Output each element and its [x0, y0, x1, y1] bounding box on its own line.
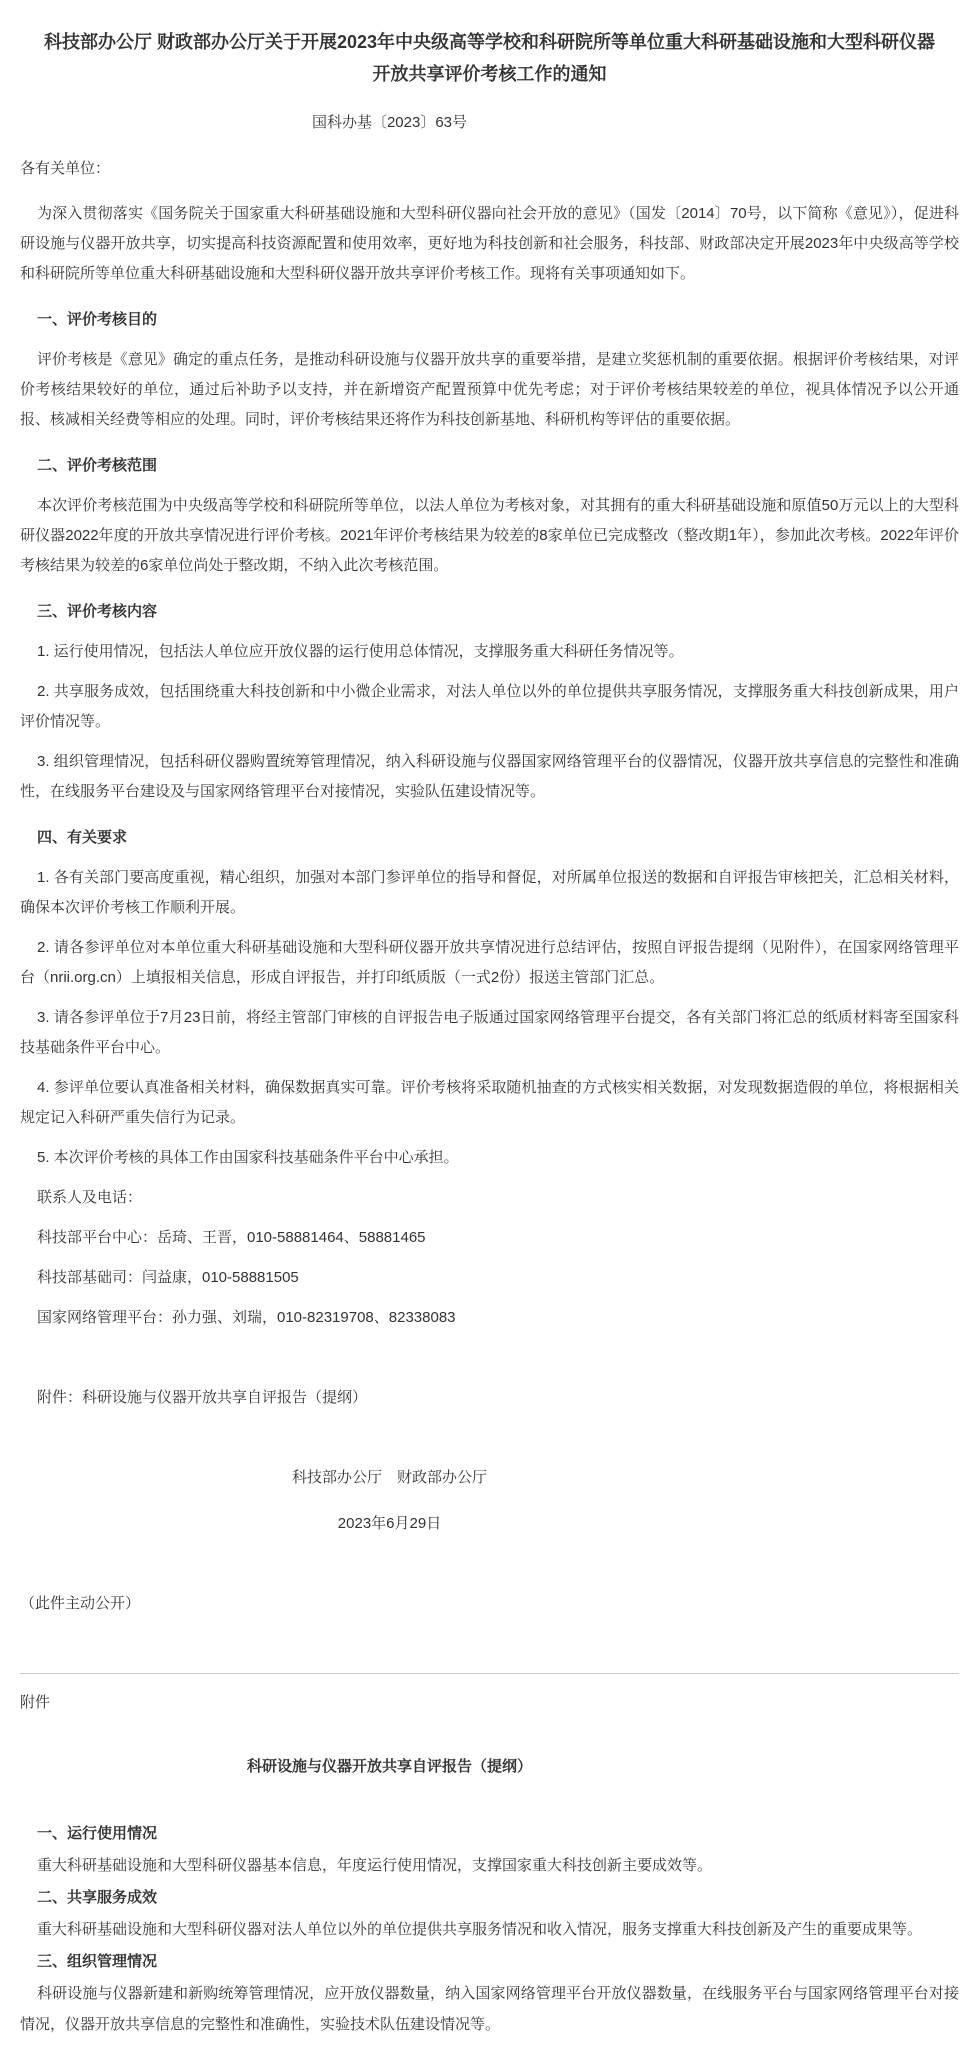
document-number: 国科办基〔2023〕63号 — [20, 108, 959, 138]
paragraph: 科研设施与仪器新建和新购统筹管理情况，应开放仪器数量，纳入国家网络管理平台开放仪… — [20, 1978, 959, 2040]
section-heading: 二、共享服务成效 — [20, 1882, 959, 1913]
attachment-label: 附件 — [20, 1688, 959, 1718]
section-heading: 三、评价考核内容 — [20, 597, 959, 627]
paragraph: 科技部平台中心：岳琦、王晋，010-58881464、58881465 — [20, 1223, 959, 1253]
section-heading: 二、评价考核范围 — [20, 451, 959, 481]
paragraph: 国家网络管理平台：孙力强、刘瑞，010-82319708、82338083 — [20, 1303, 959, 1333]
paragraph: 联系人及电话： — [20, 1183, 959, 1213]
section-heading: 四、有关要求 — [20, 823, 959, 853]
section-divider — [20, 1673, 959, 1674]
paragraph: 为深入贯彻落实《国务院关于国家重大科研基础设施和大型科研仪器向社会开放的意见》（… — [20, 199, 959, 289]
attachment-reference: 附件：科研设施与仪器开放共享自评报告（提纲） — [20, 1383, 959, 1413]
paragraph: 1. 运行使用情况，包括法人单位应开放仪器的运行使用总体情况，支撑服务重大科研任… — [20, 637, 959, 667]
disclosure-note: （此件主动公开） — [20, 1589, 959, 1619]
paragraph: 3. 请各参评单位于7月23日前，将经主管部门审核的自评报告电子版通过国家网络管… — [20, 1003, 959, 1063]
salutation: 各有关单位： — [20, 154, 959, 184]
paragraph: 科技部基础司：闫益康，010-58881505 — [20, 1263, 959, 1293]
document-title: 科技部办公厅 财政部办公厅关于开展2023年中央级高等学校和科研院所等单位重大科… — [40, 26, 940, 90]
notice-document-page: 科技部办公厅 财政部办公厅关于开展2023年中央级高等学校和科研院所等单位重大科… — [0, 0, 979, 2071]
document-body: 为深入贯彻落实《国务院关于国家重大科研基础设施和大型科研仪器向社会开放的意见》（… — [20, 199, 959, 1619]
section-heading: 一、运行使用情况 — [20, 1818, 959, 1849]
attachment-body: 一、运行使用情况重大科研基础设施和大型科研仪器基本信息，年度运行使用情况，支撑国… — [20, 1818, 959, 2040]
signature-line: 科技部办公厅 财政部办公厅 — [20, 1463, 959, 1493]
paragraph: 评价考核是《意见》确定的重点任务，是推动科研设施与仪器开放共享的重要举措，是建立… — [20, 345, 959, 435]
section-heading: 一、评价考核目的 — [20, 305, 959, 335]
section-heading: 三、组织管理情况 — [20, 1946, 959, 1977]
paragraph: 4. 参评单位要认真准备相关材料，确保数据真实可靠。评价考核将采取随机抽查的方式… — [20, 1073, 959, 1133]
paragraph: 5. 本次评价考核的具体工作由国家科技基础条件平台中心承担。 — [20, 1143, 959, 1173]
paragraph: 1. 各有关部门要高度重视，精心组织，加强对本部门参评单位的指导和督促，对所属单… — [20, 863, 959, 923]
paragraph: 重大科研基础设施和大型科研仪器基本信息，年度运行使用情况，支撑国家重大科技创新主… — [20, 1850, 959, 1881]
date-line: 2023年6月29日 — [20, 1509, 959, 1539]
paragraph: 2. 共享服务成效，包括围绕重大科技创新和中小微企业需求，对法人单位以外的单位提… — [20, 677, 959, 737]
attachment-title: 科研设施与仪器开放共享自评报告（提纲） — [20, 1752, 959, 1782]
paragraph: 3. 组织管理情况，包括科研仪器购置统筹管理情况，纳入科研设施与仪器国家网络管理… — [20, 747, 959, 807]
paragraph: 2. 请各参评单位对本单位重大科研基础设施和大型科研仪器开放共享情况进行总结评估… — [20, 933, 959, 993]
paragraph: 重大科研基础设施和大型科研仪器对法人单位以外的单位提供共享服务情况和收入情况，服… — [20, 1914, 959, 1945]
paragraph: 本次评价考核范围为中央级高等学校和科研院所等单位，以法人单位为考核对象，对其拥有… — [20, 491, 959, 581]
